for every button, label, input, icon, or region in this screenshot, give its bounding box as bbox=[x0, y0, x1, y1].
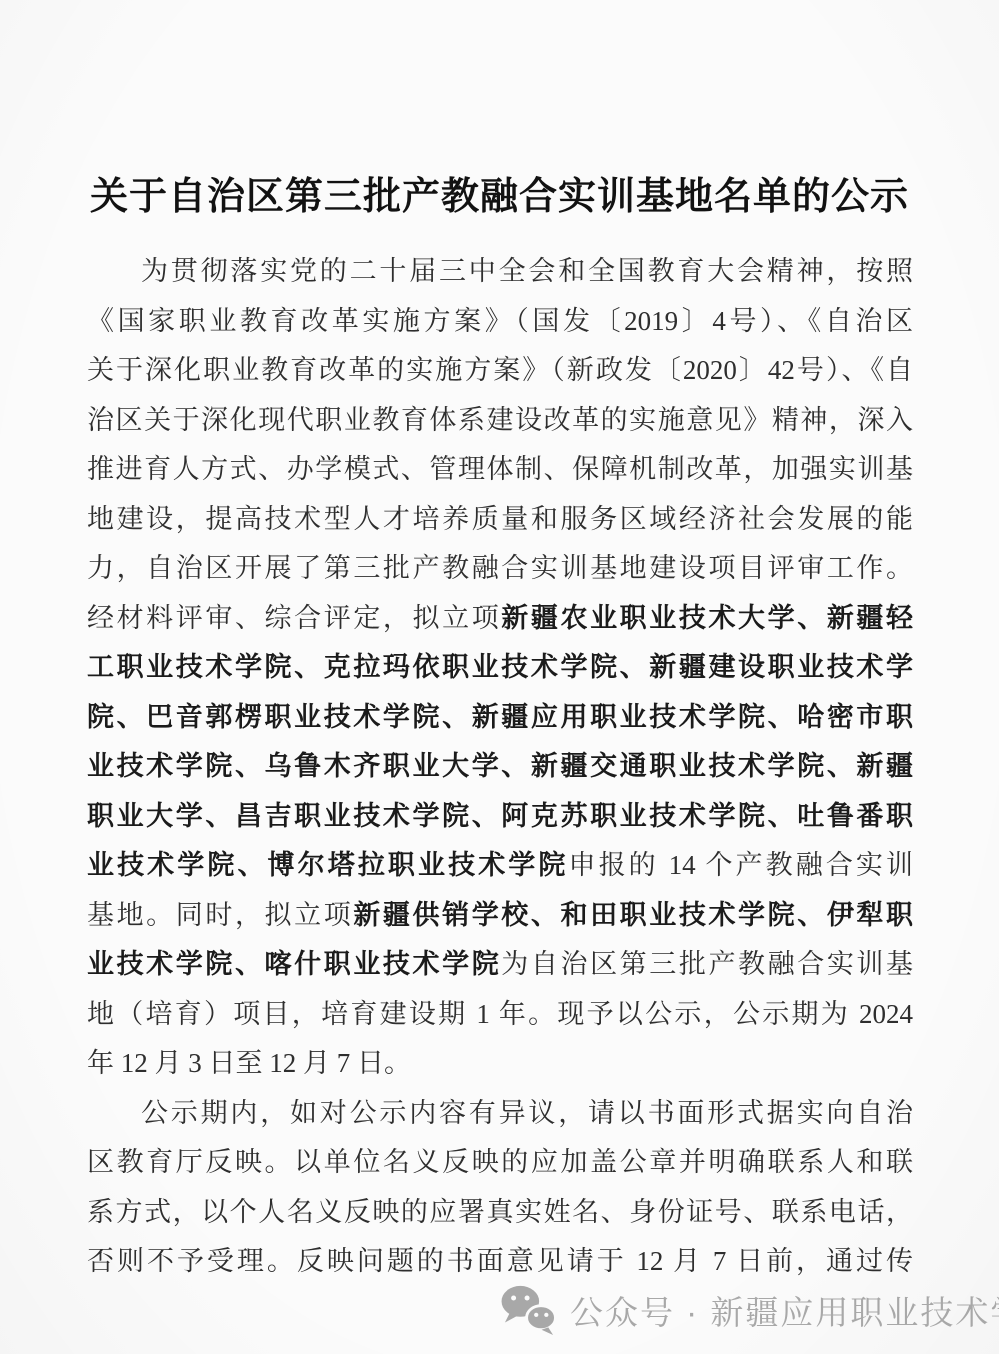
page-title: 关于自治区第三批产教融合实训基地名单的公示 bbox=[0, 165, 999, 220]
body-text-segment: 为贯彻落实党的二十届三中全会和全国教育大会精神，按照 bbox=[141, 256, 913, 286]
document-line: 系方式，以个人名义反映的应署真实姓名、身份证号、联系电话， bbox=[87, 1188, 913, 1238]
body-text-segment: 地建设，提高技术型人才培养质量和服务区域经济社会发展的能 bbox=[87, 504, 913, 534]
highlighted-school-names: 新疆供销学校、和田职业技术学院、伊犁职 bbox=[353, 900, 913, 930]
document-line: 地建设，提高技术型人才培养质量和服务区域经济社会发展的能 bbox=[87, 495, 913, 545]
document-line: 院、巴音郭楞职业技术学院、新疆应用职业技术学院、哈密市职 bbox=[87, 693, 913, 743]
body-text-segment: 公示期内，如对公示内容有异议，请以书面形式据实向自治 bbox=[141, 1098, 913, 1128]
highlighted-school-names: 新疆农业职业技术大学、新疆轻 bbox=[501, 603, 913, 633]
document-line: 基地。同时，拟立项新疆供销学校、和田职业技术学院、伊犁职 bbox=[87, 891, 913, 941]
highlighted-school-names: 工职业技术学院、克拉玛依职业技术学院、新疆建设职业技术学 bbox=[87, 652, 913, 682]
document-line: 否则不予受理。反映问题的书面意见请于 12 月 7 日前，通过传 bbox=[87, 1237, 913, 1287]
watermark-label: 公众号 · 新疆应用职业技术学院 bbox=[570, 1287, 999, 1334]
document-line: 业技术学院、乌鲁木齐职业大学、新疆交通职业技术学院、新疆 bbox=[87, 742, 913, 792]
body-text-segment: 系方式，以个人名义反映的应署真实姓名、身份证号、联系电话， bbox=[87, 1197, 913, 1227]
document-line: 治区关于深化现代职业教育体系建设改革的实施意见》精神，深入 bbox=[87, 396, 913, 446]
document-line: 业技术学院、喀什职业技术学院为自治区第三批产教融合实训基 bbox=[87, 940, 913, 990]
document-line: 《国家职业教育改革实施方案》（国发〔2019〕4号）、《自治区 bbox=[87, 297, 913, 347]
highlighted-school-names: 业技术学院、乌鲁木齐职业大学、新疆交通职业技术学院、新疆 bbox=[87, 751, 913, 781]
highlighted-school-names: 职业大学、昌吉职业技术学院、阿克苏职业技术学院、吐鲁番职 bbox=[87, 801, 913, 831]
body-text-segment: 经材料评审、综合评定，拟立项 bbox=[87, 603, 501, 633]
highlighted-school-names: 业技术学院、喀什职业技术学院 bbox=[87, 949, 501, 979]
body-text-segment: 治区关于深化现代职业教育体系建设改革的实施意见》精神，深入 bbox=[87, 405, 913, 435]
document-line: 区教育厅反映。以单位名义反映的应加盖公章并明确联系人和联 bbox=[87, 1138, 913, 1188]
highlighted-school-names: 院、巴音郭楞职业技术学院、新疆应用职业技术学院、哈密市职 bbox=[87, 702, 913, 732]
document-line: 年 12 月 3 日至 12 月 7 日。 bbox=[87, 1039, 913, 1089]
document-line: 工职业技术学院、克拉玛依职业技术学院、新疆建设职业技术学 bbox=[87, 643, 913, 693]
body-text-segment: 为自治区第三批产教融合实训基 bbox=[501, 949, 913, 979]
body-text-segment: 区教育厅反映。以单位名义反映的应加盖公章并明确联系人和联 bbox=[87, 1147, 913, 1177]
body-text-segment: 推进育人方式、办学模式、管理体制、保障机制改革，加强实训基 bbox=[87, 454, 913, 484]
body-text-segment: 申报的 14 个产教融合实训 bbox=[568, 850, 913, 880]
body-text-segment: 《国家职业教育改革实施方案》（国发〔2019〕4号）、《自治区 bbox=[87, 306, 913, 336]
document-line: 经材料评审、综合评定，拟立项新疆农业职业技术大学、新疆轻 bbox=[87, 594, 913, 644]
document-line: 为贯彻落实党的二十届三中全会和全国教育大会精神，按照 bbox=[87, 247, 913, 297]
document-line: 业技术学院、博尔塔拉职业技术学院申报的 14 个产教融合实训 bbox=[87, 841, 913, 891]
wechat-watermark: 公众号 · 新疆应用职业技术学院 bbox=[500, 1284, 999, 1336]
wechat-icon bbox=[500, 1284, 558, 1336]
document-line: 公示期内，如对公示内容有异议，请以书面形式据实向自治 bbox=[87, 1089, 913, 1139]
body-text-segment: 年 12 月 3 日至 12 月 7 日。 bbox=[87, 1048, 411, 1078]
body-text-segment: 地（培育）项目，培育建设期 1 年。现予以公示，公示期为 2024 bbox=[87, 999, 913, 1029]
body-text-segment: 力，自治区开展了第三批产教融合实训基地建设项目评审工作。 bbox=[87, 553, 913, 583]
document-line: 力，自治区开展了第三批产教融合实训基地建设项目评审工作。 bbox=[87, 544, 913, 594]
document-line: 地（培育）项目，培育建设期 1 年。现予以公示，公示期为 2024 bbox=[87, 990, 913, 1040]
body-text-segment: 基地。同时，拟立项 bbox=[87, 900, 353, 930]
document-line: 职业大学、昌吉职业技术学院、阿克苏职业技术学院、吐鲁番职 bbox=[87, 792, 913, 842]
document-line: 关于深化职业教育改革的实施方案》（新政发〔2020〕42号）、《自 bbox=[87, 346, 913, 396]
document-line: 推进育人方式、办学模式、管理体制、保障机制改革，加强实训基 bbox=[87, 445, 913, 495]
highlighted-school-names: 业技术学院、博尔塔拉职业技术学院 bbox=[87, 850, 568, 880]
body-text-segment: 关于深化职业教育改革的实施方案》（新政发〔2020〕42号）、《自 bbox=[87, 355, 913, 385]
body-text-segment: 否则不予受理。反映问题的书面意见请于 12 月 7 日前，通过传 bbox=[87, 1246, 913, 1276]
document-body: 为贯彻落实党的二十届三中全会和全国教育大会精神，按照《国家职业教育改革实施方案》… bbox=[87, 247, 913, 1287]
